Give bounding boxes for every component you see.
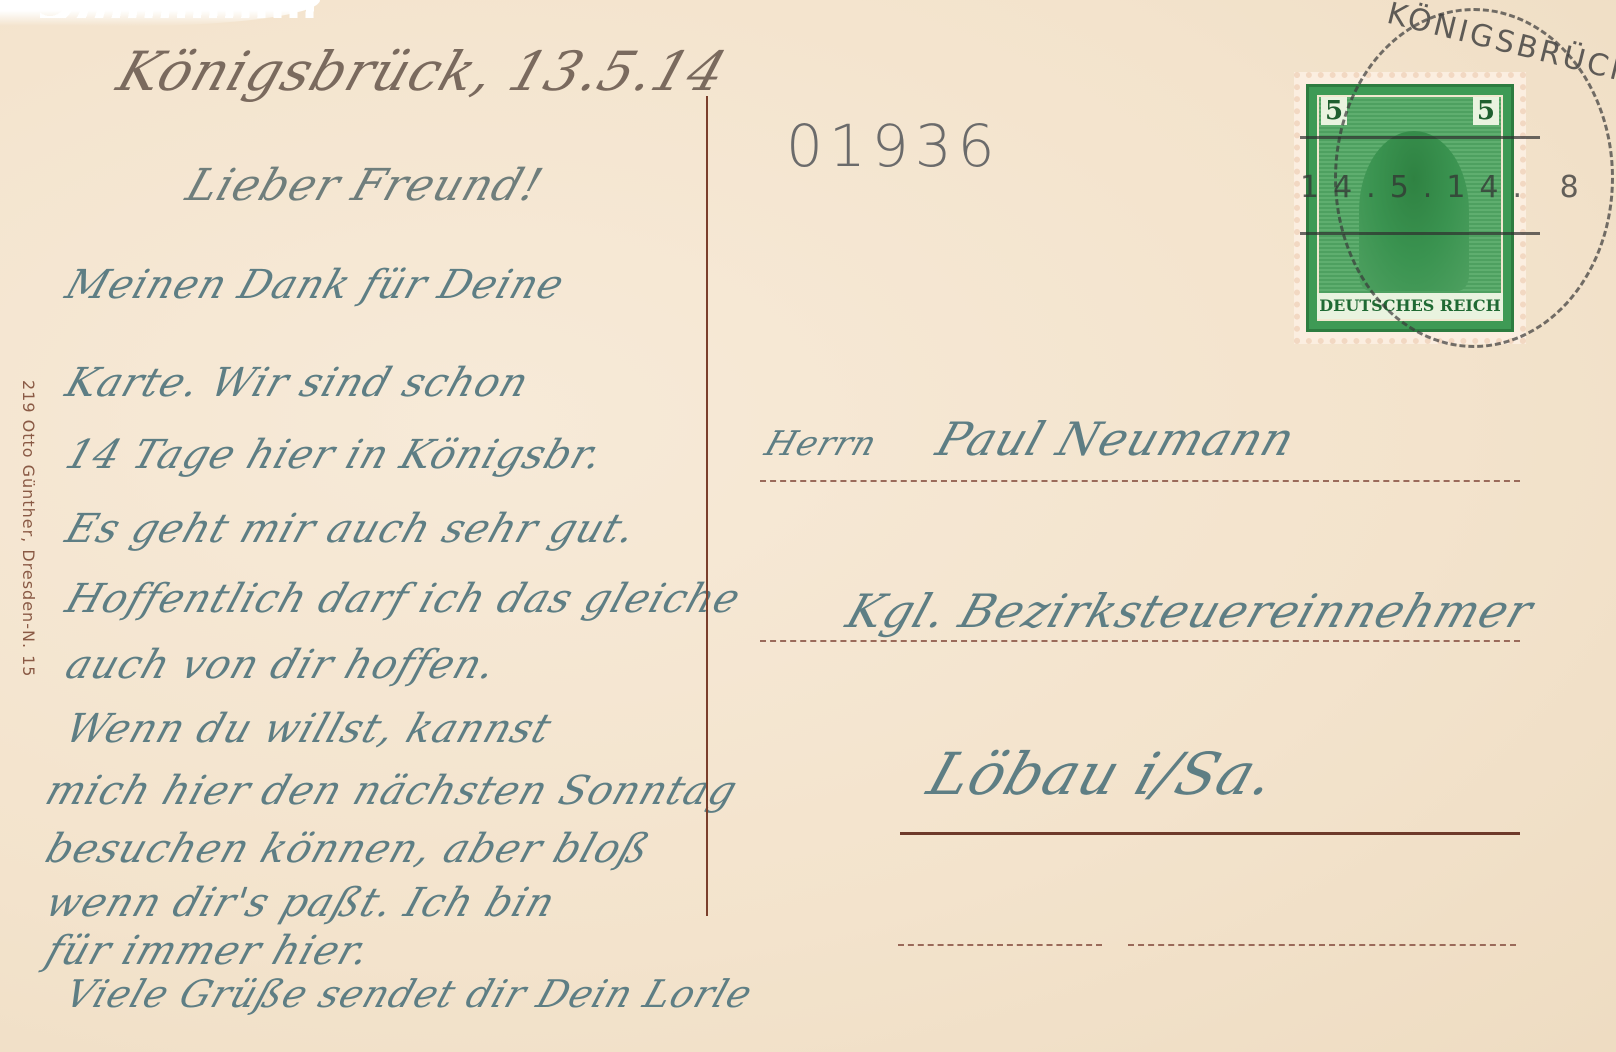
address-salutation: Herrn [760, 424, 882, 464]
place-date: Königsbrück, 13.5.14 [110, 40, 735, 103]
postmark-date: 14.5.14. 8 [1300, 170, 1593, 205]
message-line: Hoffentlich darf ich das gleiche [60, 576, 747, 622]
center-divider [706, 96, 708, 916]
torn-edge-detail [40, 0, 320, 18]
message-line: mich hier den nächsten Sonntag [40, 768, 743, 814]
message-line: wenn dir's paßt. Ich bin [40, 880, 561, 926]
publisher-imprint: 219 Otto Günther, Dresden-N. 15 [19, 380, 38, 677]
message-line: 14 Tage hier in Königsbr. [60, 432, 609, 478]
address-line-1 [760, 480, 1520, 482]
message-line: Meinen Dank für Deine [60, 262, 570, 308]
message-line: Karte. Wir sind schon [60, 360, 535, 406]
message-salutation: Lieber Freund! [180, 160, 549, 211]
postcard-back: Königsbrück, 13.5.14 Lieber Freund! Mein… [0, 0, 1616, 1052]
message-signature-line: Viele Grüße sendet dir Dein Lorle [60, 972, 758, 1016]
postmark-time: 8 [1560, 170, 1593, 205]
address-line-2 [760, 640, 1520, 642]
address-line-4a [898, 944, 1102, 946]
address-line-3 [900, 832, 1520, 835]
postmark-date-text: 14.5.14. [1300, 170, 1536, 205]
reference-number: 01936 [786, 112, 1001, 180]
address-name: Paul Neumann [930, 412, 1302, 466]
postmark-bar-top [1300, 136, 1540, 139]
address-title: Kgl. Bezirksteuereinnehmer [840, 584, 1540, 638]
message-line: auch von dir hoffen. [60, 642, 502, 688]
message-line: besuchen können, aber bloß [40, 826, 656, 872]
address-line-4b [1128, 944, 1516, 946]
message-line: Es geht mir auch sehr gut. [60, 506, 642, 552]
postmark-bar-bottom [1300, 232, 1540, 235]
message-line: Wenn du willst, kannst [60, 706, 558, 752]
message-line: für immer hier. [40, 928, 376, 974]
address-city: Löbau i/Sa. [920, 740, 1285, 808]
